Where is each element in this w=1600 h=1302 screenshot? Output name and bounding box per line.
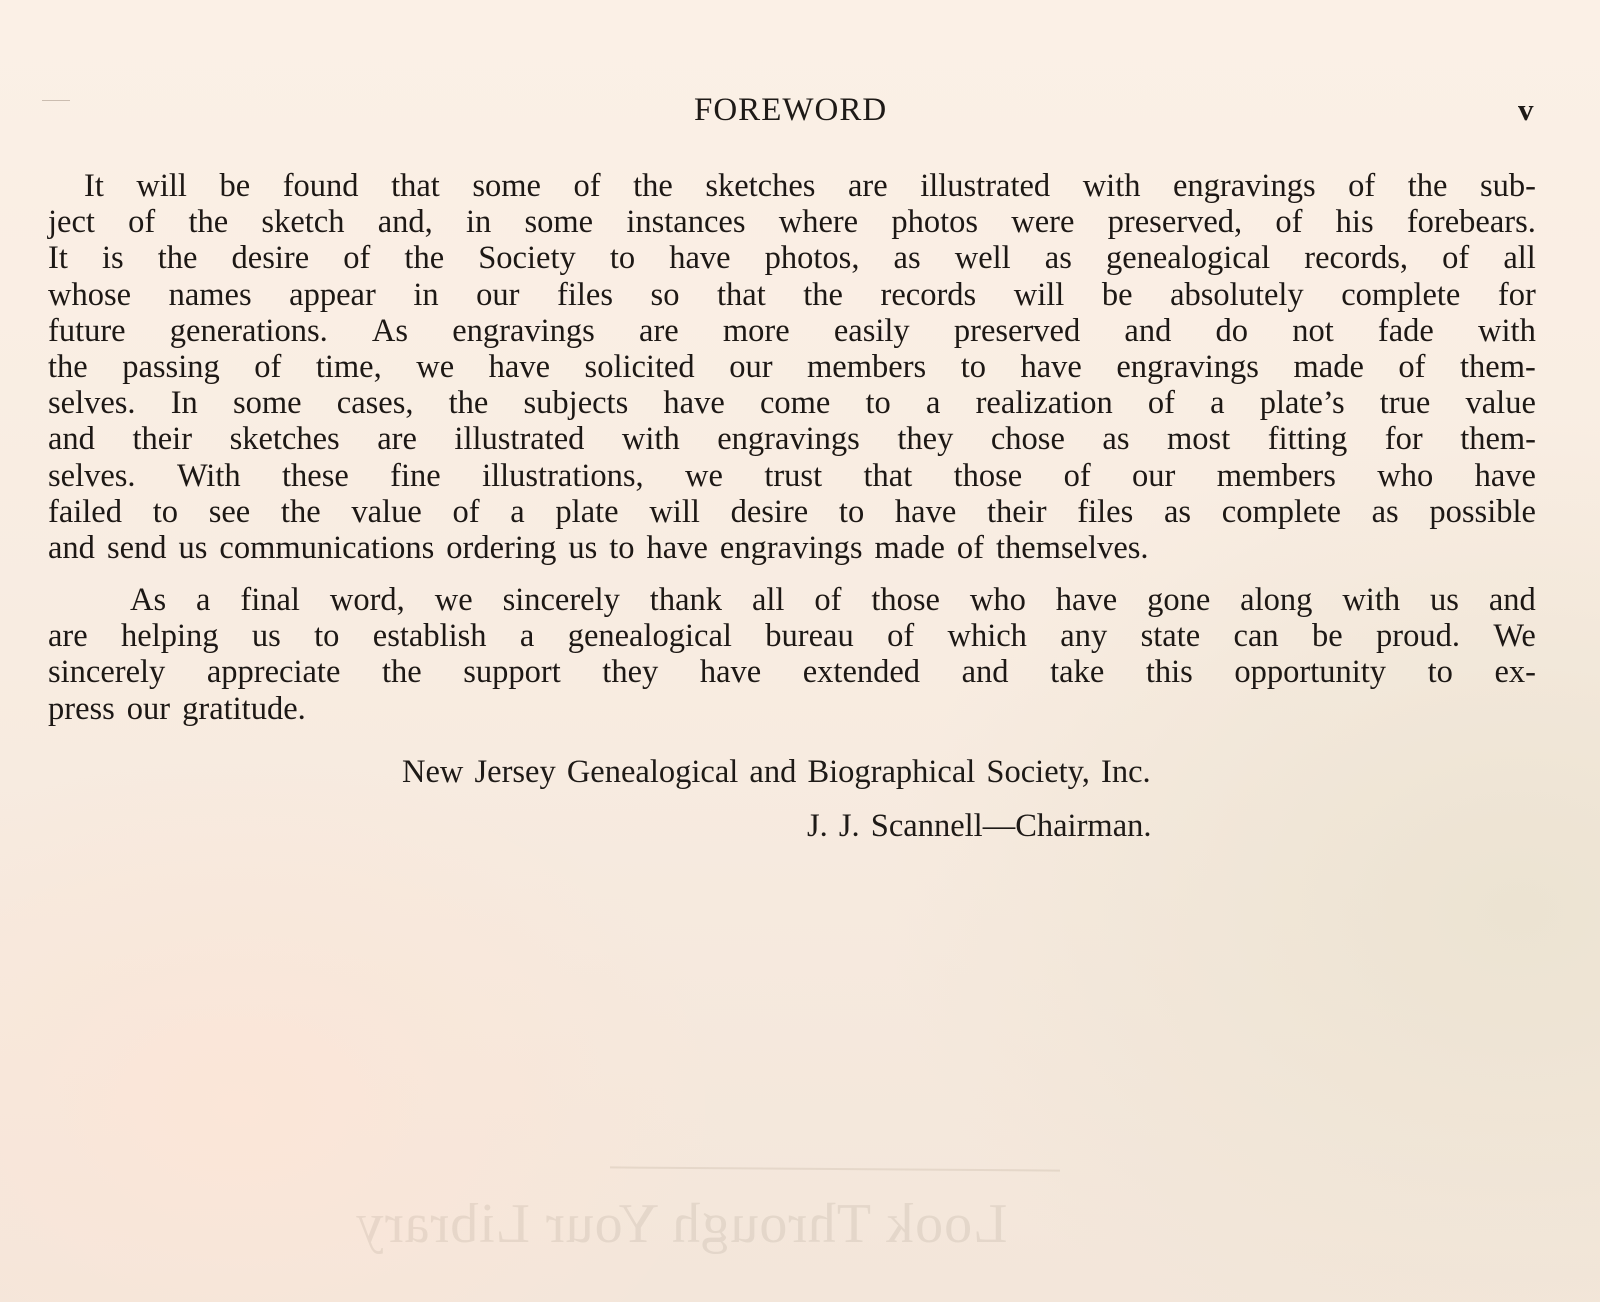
word: value	[351, 494, 421, 530]
word: of	[1064, 458, 1091, 494]
word: of	[957, 530, 984, 566]
word: complete	[1341, 277, 1460, 313]
word: instances	[626, 204, 745, 240]
word: our	[729, 349, 772, 385]
word: files	[1077, 494, 1133, 530]
word: with	[1342, 582, 1400, 618]
word: engravings	[717, 421, 860, 457]
word: ject	[48, 204, 95, 240]
word: these	[282, 458, 349, 494]
word: to	[1428, 654, 1453, 690]
word: and	[48, 530, 95, 566]
word: our	[476, 277, 519, 313]
word: will	[649, 494, 700, 530]
word: complete	[1222, 494, 1341, 530]
word: our	[127, 691, 170, 727]
word: which	[948, 618, 1027, 654]
word: are	[48, 618, 88, 654]
word: us	[568, 530, 597, 566]
word: absolutely	[1170, 277, 1304, 313]
word: members	[807, 349, 926, 385]
word: and	[48, 421, 95, 457]
text-line: futuregenerations.Asengravingsaremoreeas…	[48, 313, 1536, 349]
foreword-body: Itwillbefoundthatsomeofthesketchesareill…	[48, 168, 1536, 727]
word: us	[179, 530, 208, 566]
word: fade	[1378, 313, 1434, 349]
word: of	[1148, 385, 1175, 421]
word: we	[416, 349, 454, 385]
word: desire	[731, 494, 809, 530]
word: as	[1045, 240, 1072, 276]
word: engravings	[720, 530, 863, 566]
word: to	[610, 240, 635, 276]
word: the	[281, 494, 321, 530]
word: themselves.	[996, 530, 1149, 566]
word: found	[283, 168, 359, 204]
word: and	[1489, 582, 1536, 618]
word: to	[961, 349, 986, 385]
word: this	[1146, 654, 1193, 690]
word: members	[1217, 458, 1336, 494]
paragraph-1: Itwillbefoundthatsomeofthesketchesareill…	[48, 168, 1536, 566]
word: have	[647, 530, 708, 566]
word: the	[382, 654, 422, 690]
word: It	[84, 168, 104, 204]
word: illustrated	[920, 168, 1050, 204]
word: were	[1011, 204, 1074, 240]
signature-name: J. J. Scannell—Chairman.	[807, 808, 1152, 845]
word: us	[252, 618, 281, 654]
word: engravings	[1116, 349, 1259, 385]
word: helping	[121, 618, 218, 654]
word: solicited	[585, 349, 695, 385]
word: a	[196, 582, 210, 618]
word: With	[177, 458, 241, 494]
word: the	[188, 204, 228, 240]
word: engravings	[1173, 168, 1316, 204]
word: that	[863, 458, 912, 494]
signature-organization: New Jersey Genealogical and Biographical…	[402, 754, 1151, 791]
word: subjects	[524, 385, 629, 421]
text-line: pressourgratitude.	[48, 691, 1536, 727]
word: support	[463, 654, 561, 690]
word: appreciate	[207, 654, 341, 690]
word: We	[1493, 618, 1536, 654]
word: As	[130, 582, 166, 618]
text-line: arehelpingustoestablishagenealogicalbure…	[48, 618, 1536, 654]
text-line: Asafinalword,wesincerelythankallofthosew…	[48, 582, 1536, 618]
word: selves.	[48, 458, 136, 494]
word: all	[1503, 240, 1535, 276]
word: have	[700, 654, 761, 690]
word: sketches	[705, 168, 815, 204]
word: of	[1398, 349, 1425, 385]
word: a	[510, 494, 524, 530]
word: to	[609, 530, 634, 566]
word: realization	[976, 385, 1113, 421]
word: we	[435, 582, 473, 618]
word: made	[1293, 349, 1363, 385]
word: trust	[764, 458, 822, 494]
word: ordering	[446, 530, 556, 566]
text-line: andtheirsketchesareillustratedwithengrav…	[48, 421, 1536, 457]
text-line: andsenduscommunicationsorderingustohavee…	[48, 530, 1536, 566]
word: as	[1102, 421, 1129, 457]
word: are	[639, 313, 679, 349]
word: value	[1465, 385, 1535, 421]
page-number: v	[1518, 92, 1534, 128]
word: some	[525, 204, 594, 240]
word: and	[962, 654, 1009, 690]
word: opportunity	[1234, 654, 1386, 690]
word: a	[926, 385, 940, 421]
word: more	[723, 313, 790, 349]
word: of	[254, 349, 281, 385]
word: have	[895, 494, 956, 530]
word: in	[413, 277, 438, 313]
word: have	[1475, 458, 1536, 494]
word: our	[1132, 458, 1175, 494]
word: of	[128, 204, 155, 240]
word: of	[343, 240, 370, 276]
word: of	[452, 494, 479, 530]
word: their	[132, 421, 192, 457]
word: of	[814, 582, 841, 618]
word: have	[669, 240, 730, 276]
word: have	[663, 385, 724, 421]
word: time,	[316, 349, 382, 385]
word: forebears.	[1407, 204, 1536, 240]
word: who	[1377, 458, 1433, 494]
word: gratitude.	[182, 691, 306, 727]
word: the	[404, 240, 444, 276]
word: files	[557, 277, 613, 313]
word: the	[158, 240, 198, 276]
word: the	[803, 277, 843, 313]
word: as	[894, 240, 921, 276]
word: communications	[219, 530, 434, 566]
word: see	[209, 494, 251, 530]
word: come	[760, 385, 830, 421]
word: It	[48, 240, 68, 276]
word: names	[169, 277, 252, 313]
word: photos	[891, 204, 978, 240]
word: fitting	[1268, 421, 1347, 457]
word: for	[1498, 277, 1536, 313]
word: so	[651, 277, 680, 313]
word: along	[1240, 582, 1312, 618]
word: of	[887, 618, 914, 654]
word: ex-	[1494, 654, 1536, 690]
word: final	[240, 582, 300, 618]
word: easily	[834, 313, 910, 349]
word: thank	[650, 582, 722, 618]
word: their	[987, 494, 1047, 530]
word: press	[48, 691, 115, 727]
book-page: FOREWORD v Itwillbefoundthatsomeoftheske…	[0, 0, 1600, 1302]
word: true	[1380, 385, 1431, 421]
word: can	[1234, 618, 1279, 654]
word: that	[391, 168, 440, 204]
word: be	[1312, 618, 1343, 654]
word: be	[219, 168, 250, 204]
word: have	[1056, 582, 1117, 618]
word: illustrations,	[482, 458, 644, 494]
word: proud.	[1376, 618, 1460, 654]
word: his	[1336, 204, 1374, 240]
word: future	[48, 313, 126, 349]
word: those	[954, 458, 1023, 494]
word: plate’s	[1260, 385, 1345, 421]
word: be	[1102, 277, 1133, 313]
word: some	[233, 385, 302, 421]
text-line: whosenamesappearinourfilessothattherecor…	[48, 277, 1536, 313]
word: a	[1210, 385, 1224, 421]
word: Society	[478, 240, 575, 276]
word: extended	[803, 654, 920, 690]
word: they	[897, 421, 953, 457]
word: will	[1014, 277, 1065, 313]
word: well	[955, 240, 1011, 276]
word: word,	[330, 582, 405, 618]
word: them-	[1460, 349, 1536, 385]
word: photos,	[765, 240, 860, 276]
word: to	[866, 385, 891, 421]
word: most	[1167, 421, 1230, 457]
paragraph-2: Asafinalword,wesincerelythankallofthosew…	[48, 582, 1536, 727]
word: any	[1060, 618, 1107, 654]
word: sketches	[230, 421, 340, 457]
page-crease	[610, 1166, 1060, 1171]
running-head: FOREWORD v	[0, 92, 1600, 132]
word: and	[1124, 313, 1171, 349]
word: them-	[1460, 421, 1536, 457]
word: with	[1478, 313, 1536, 349]
word: records,	[1304, 240, 1408, 276]
word: the	[449, 385, 489, 421]
text-line: failedtoseethevalueofaplatewilldesiretoh…	[48, 494, 1536, 530]
word: send	[107, 530, 167, 566]
word: not	[1292, 313, 1334, 349]
word: are	[848, 168, 888, 204]
word: chose	[991, 421, 1065, 457]
word: some	[472, 168, 541, 204]
text-line: sincerelyappreciatethesupporttheyhaveext…	[48, 654, 1536, 690]
word: in	[466, 204, 491, 240]
word: preserved,	[1108, 204, 1242, 240]
word: is	[102, 240, 124, 276]
word: the	[48, 349, 88, 385]
word: all	[752, 582, 784, 618]
word: state	[1141, 618, 1201, 654]
word: In	[171, 385, 198, 421]
word: take	[1050, 654, 1104, 690]
bleed-through-text: Look Through Your Library	[355, 1192, 1007, 1256]
word: of	[1275, 204, 1302, 240]
word: failed	[48, 494, 122, 530]
word: generations.	[170, 313, 328, 349]
word: sketch	[261, 204, 344, 240]
word: appear	[289, 277, 376, 313]
text-line: jectofthesketchand,insomeinstanceswherep…	[48, 204, 1536, 240]
word: to	[314, 618, 339, 654]
word: have	[1020, 349, 1081, 385]
word: us	[1430, 582, 1459, 618]
word: the	[1408, 168, 1448, 204]
word: preserved	[954, 313, 1080, 349]
word: we	[685, 458, 723, 494]
word: of	[573, 168, 600, 204]
word: of	[1348, 168, 1375, 204]
word: do	[1216, 313, 1249, 349]
word: records	[881, 277, 977, 313]
word: those	[871, 582, 940, 618]
word: illustrated	[454, 421, 584, 457]
text-line: selves.Insomecases,thesubjectshavecometo…	[48, 385, 1536, 421]
word: made	[875, 530, 945, 566]
word: as	[1372, 494, 1399, 530]
word: a	[520, 618, 534, 654]
word: with	[622, 421, 680, 457]
word: cases,	[337, 385, 414, 421]
word: have	[489, 349, 550, 385]
text-line: ItisthedesireoftheSocietytohavephotos,as…	[48, 240, 1536, 276]
word: As	[372, 313, 408, 349]
word: plate	[555, 494, 618, 530]
word: sub-	[1480, 168, 1536, 204]
word: engravings	[452, 313, 595, 349]
word: will	[136, 168, 187, 204]
word: the	[633, 168, 673, 204]
word: passing	[122, 349, 220, 385]
running-title: FOREWORD	[694, 92, 887, 129]
word: fine	[390, 458, 441, 494]
word: where	[779, 204, 858, 240]
word: gone	[1147, 582, 1210, 618]
word: sincerely	[503, 582, 620, 618]
text-line: selves.Withthesefineillustrations,wetrus…	[48, 458, 1536, 494]
word: and,	[378, 204, 433, 240]
word: they	[602, 654, 658, 690]
text-line: Itwillbefoundthatsomeofthesketchesareill…	[48, 168, 1536, 204]
word: to	[839, 494, 864, 530]
word: genealogical	[568, 618, 732, 654]
text-line: thepassingoftime,wehavesolicitedourmembe…	[48, 349, 1536, 385]
word: who	[970, 582, 1026, 618]
word: selves.	[48, 385, 136, 421]
word: as	[1164, 494, 1191, 530]
word: bureau	[765, 618, 853, 654]
word: possible	[1429, 494, 1536, 530]
word: genealogical	[1106, 240, 1270, 276]
word: desire	[232, 240, 310, 276]
word: for	[1385, 421, 1423, 457]
word: sincerely	[48, 654, 165, 690]
word: whose	[48, 277, 131, 313]
word: establish	[373, 618, 487, 654]
word: that	[717, 277, 766, 313]
word: with	[1083, 168, 1141, 204]
word: are	[377, 421, 417, 457]
word: to	[153, 494, 178, 530]
word: of	[1442, 240, 1469, 276]
